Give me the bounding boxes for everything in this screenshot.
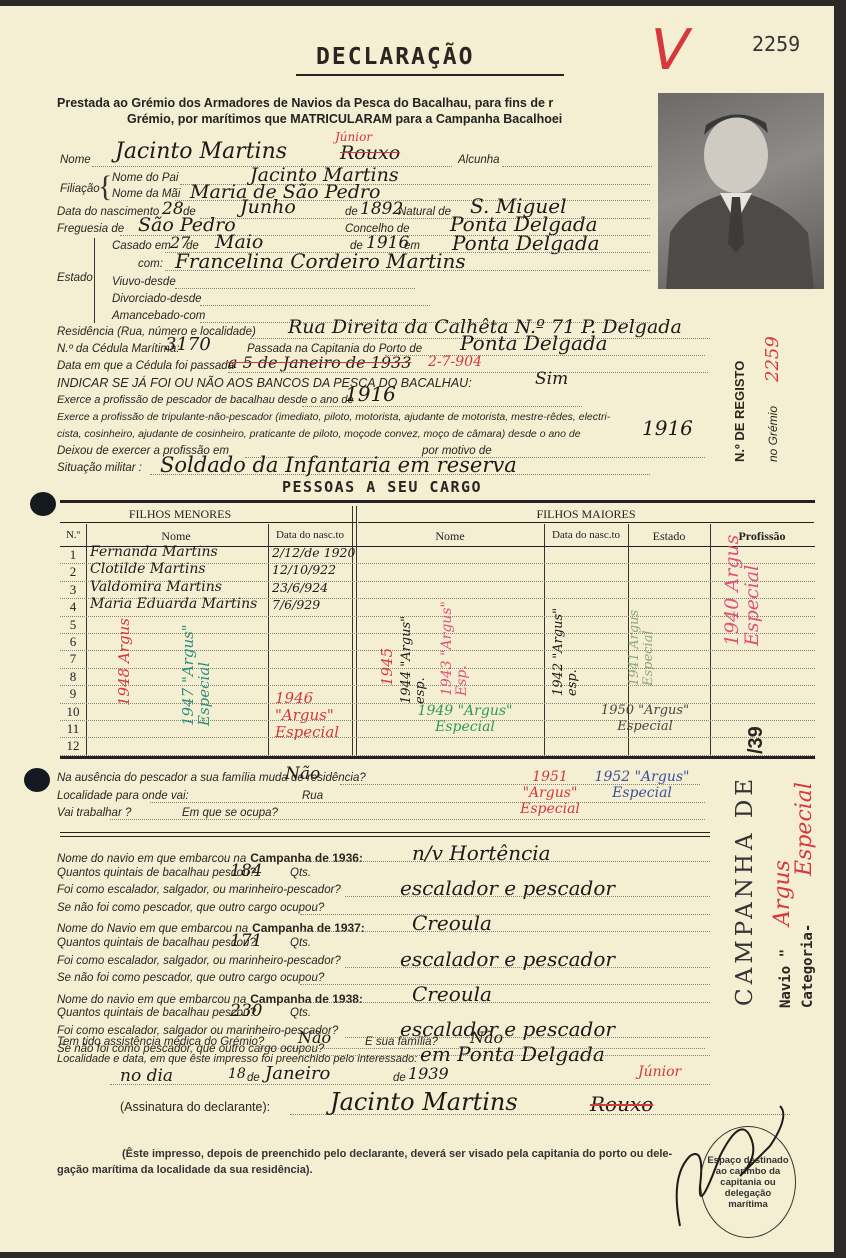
militar-label: Situação militar : <box>57 462 142 474</box>
annotation-1940: 1940 Argus Especial <box>722 526 762 646</box>
row-number: 3 <box>60 582 86 598</box>
outro-cargo-label: Se não foi como pescador, que outro carg… <box>57 902 324 914</box>
quintais-value: 184 <box>230 861 262 881</box>
funcao-label: Foi como escalador, salgador, ou marinhe… <box>57 955 341 967</box>
freguesia-label: Freguesia de <box>57 223 124 235</box>
punch-hole <box>24 768 50 792</box>
amancebado-label: Amancebado-com <box>112 310 205 322</box>
bancos-value: Sim <box>535 369 568 389</box>
data-cedula-label: Data em que a Cédula foi passada <box>57 360 234 372</box>
nome-value: Jacinto Martins <box>115 139 287 164</box>
pescador-desde-value: 1916 <box>345 382 396 406</box>
nascimento-mes: Junho <box>240 196 296 218</box>
child-name: Clotilde Martins <box>90 561 206 577</box>
no-dia: no dia <box>120 1066 173 1086</box>
child-birthdate: 12/10/922 <box>272 562 336 577</box>
title-underline <box>296 74 564 76</box>
campanha-year-label: Campanha de 1938: <box>250 992 363 1006</box>
trabalhar-label: Vai trabalhar ? <box>57 807 131 819</box>
de-label: de <box>345 206 358 218</box>
col-estado-header: Estado <box>628 529 710 544</box>
navio-side-label: Navio " <box>778 949 794 1008</box>
row-number: 12 <box>60 738 86 754</box>
nota-line-2: gação marítima da localidade da sua resi… <box>57 1164 313 1176</box>
mes-value: Janeiro <box>265 1063 330 1084</box>
cedula-value: 3170 <box>165 334 211 355</box>
nome-label: Nome <box>60 154 91 166</box>
annotation-1952: 1952 "Argus" Especial <box>592 769 692 801</box>
portrait-photo <box>658 93 824 289</box>
com-label: com: <box>138 258 163 270</box>
child-name: Valdomira Martins <box>90 579 222 595</box>
de-label: de <box>393 1072 406 1084</box>
row-number: 10 <box>60 704 86 720</box>
registo-label: N.º DE REGISTO <box>732 361 747 462</box>
row-number: 8 <box>60 669 86 685</box>
alcunha-label: Alcunha <box>458 154 500 166</box>
categoria-side-label: Categoria- <box>800 924 816 1008</box>
menores-title: FILHOS MENORES <box>60 507 300 522</box>
annotation-1944: 1944 "Argus" esp. <box>400 604 428 704</box>
checkmark: V <box>643 18 695 83</box>
pescador-desde-label: Exerce a profissão de pescador de bacalh… <box>57 394 354 406</box>
child-birthdate: 23/6/924 <box>272 580 328 595</box>
filiacao-label: Filiação <box>60 183 100 195</box>
row-number: 7 <box>60 651 86 667</box>
navio-row: Nome do Navio em que embarcou na Campanh… <box>57 919 365 937</box>
navio-label: Nome do navio em que embarcou na <box>57 853 246 865</box>
table-row: 7 <box>60 651 815 668</box>
table-row: 5 <box>60 617 815 634</box>
col-nome-header-maiores: Nome <box>358 529 542 544</box>
official-signature-icon <box>650 1096 800 1236</box>
cedula-label: N.º da Cédula Marítima: <box>57 343 179 355</box>
table-row: 4Maria Eduarda Martins7/6/929 <box>60 599 815 616</box>
divorciado-label: Divorciado-desde <box>112 293 202 305</box>
qts-label: Qts. <box>290 867 311 879</box>
nascimento-ano: 1892 <box>360 199 403 219</box>
col-data-header-maiores: Data do nasc.to <box>544 529 628 541</box>
outro-cargo-label: Se não foi como pescador, que outro carg… <box>57 972 324 984</box>
annotation-1947: 1947 "Argus" Especial <box>180 596 212 726</box>
navio-row: Nome do navio em que embarcou na Campanh… <box>57 990 363 1008</box>
militar-value: Soldado da Infantaria em reserva <box>160 453 517 477</box>
campanha-year-label: Campanha de 1937: <box>252 921 365 935</box>
nome-struck: Rouxo <box>340 142 400 164</box>
ano-value: 1939 <box>408 1064 449 1083</box>
localidade-label: Localidade para onde vai: <box>57 790 189 802</box>
table-row: 6 <box>60 634 815 651</box>
localidade-data-label: Localidade e data, em que êste impresso … <box>57 1053 417 1065</box>
data-cedula-correction: 2-7-904 <box>428 354 482 370</box>
bancos-label: INDICAR SE JÁ FOI OU NÃO AOS BANCOS DA P… <box>57 376 472 390</box>
nota-line-1: (Êste impresso, depois de preenchido pel… <box>122 1148 672 1160</box>
assinatura-label: (Assinatura do declarante): <box>120 1100 270 1114</box>
pai-label: Nome do Pai <box>112 172 178 184</box>
row-number: 4 <box>60 599 86 615</box>
annotation-1949: 1949 "Argus" Especial <box>400 703 530 735</box>
child-birthdate: 7/6/929 <box>272 597 320 612</box>
navio-label: Nome do navio em que embarcou na <box>57 994 246 1006</box>
navio-label: Nome do Navio em que embarcou na <box>57 923 248 935</box>
quintais-label: Quantos quintais de bacalhau pescou? <box>57 1007 256 1019</box>
annotation-1950: 1950 "Argus" Especial <box>590 703 700 735</box>
annotation-1945: 1945 <box>378 648 396 686</box>
intro-line-2: Grémio, por marítimos que MATRICULARAM p… <box>127 112 562 126</box>
de-label: de <box>247 1072 260 1084</box>
dependents-suffix: /39 <box>745 726 768 754</box>
annotation-1946: 1946 "Argus" Especial <box>275 690 355 741</box>
row-number: 6 <box>60 634 86 650</box>
tripulante-value: 1916 <box>642 416 693 440</box>
categoria-side-value: Especial <box>792 782 817 876</box>
natural-label: Natural de <box>398 206 451 218</box>
annotation-1948: 1948 Argus <box>115 618 133 706</box>
annotation-1943: 1943 "Argus" Esp. <box>440 596 470 696</box>
col-data-header: Data do nasc.to <box>268 529 352 541</box>
child-name: Maria Eduarda Martins <box>90 596 257 612</box>
declaration-form: DECLARAÇÃO V 2259 Prestada ao Grémio dos… <box>0 6 834 1252</box>
tripulante-label-2: cista, cosinheiro, ajudante de cosinheir… <box>57 428 581 440</box>
row-number: 11 <box>60 721 86 737</box>
casado-label: Casado em <box>112 240 171 252</box>
campanha-side-title: CAMPANHA DE <box>732 775 758 1006</box>
quintais-value: 230 <box>230 1001 262 1021</box>
table-row: 12 <box>60 738 815 755</box>
table-row: 8 <box>60 669 815 686</box>
table-row: 9 <box>60 686 815 703</box>
muda-value: Não <box>285 764 320 784</box>
qts-label: Qts. <box>290 1007 311 1019</box>
assinatura-struck: Rouxo <box>590 1092 653 1116</box>
dia-value: 18 <box>228 1066 246 1082</box>
annotation-1951: 1951 "Argus" Especial <box>505 769 595 817</box>
rua-label: Rua <box>302 790 323 802</box>
annotation-1942: 1942 "Argus" esp. <box>552 596 580 696</box>
capitania-value: Ponta Delgada <box>460 331 608 355</box>
row-number: 1 <box>60 547 86 563</box>
ocupa-label: Em que se ocupa? <box>182 807 278 819</box>
navio-row: Nome do navio em que embarcou na Campanh… <box>57 849 363 867</box>
child-birthdate: 2/12/de 1920 <box>272 545 355 560</box>
nome-correction: Júnior <box>335 130 372 144</box>
dependents-title: PESSOAS A SEU CARGO <box>282 478 482 496</box>
registo-sublabel: no Grémio <box>766 406 780 462</box>
quintais-label: Quantos quintais de bacalhau pescou? <box>57 867 256 879</box>
form-title: DECLARAÇÃO <box>316 44 474 70</box>
campanha-year-label: Campanha de 1936: <box>250 851 363 865</box>
maiores-title: FILHOS MAIORES <box>356 507 816 522</box>
assistencia-value: Não <box>298 1028 331 1047</box>
residencia-label: Residência (Rua, número e localidade) <box>57 326 256 338</box>
annotation-1941: 1941 Argus Especial <box>628 586 656 686</box>
col-num-header: N.º <box>60 529 86 541</box>
punch-hole <box>30 492 56 516</box>
col-nome-header: Nome <box>86 529 266 544</box>
qts-label: Qts. <box>290 937 311 949</box>
viuvo-label: Viuvo-desde <box>112 276 176 288</box>
estado-label: Estado <box>57 272 93 284</box>
quintais-value: 171 <box>230 931 262 951</box>
tripulante-label-1: Exerce a profissão de tripulante-não-pes… <box>57 411 610 423</box>
row-number: 2 <box>60 564 86 580</box>
row-number: 9 <box>60 686 86 702</box>
localidade-data-value: em Ponta Delgada <box>420 1042 605 1066</box>
quintais-label: Quantos quintais de bacalhau pescou? <box>57 937 256 949</box>
child-name: Fernanda Martins <box>90 544 218 560</box>
intro-line-1: Prestada ao Grémio dos Armadores de Navi… <box>57 96 553 110</box>
data-cedula-struck: a 5 de Janeiro de 1933 <box>228 353 411 372</box>
registry-number: 2259 <box>752 32 800 56</box>
signature-correction: Júnior <box>638 1064 681 1080</box>
registo-value: 2259 <box>762 336 783 382</box>
assistencia-label: Tem tido assistência médica do Grémio? <box>57 1036 264 1048</box>
portrait-figure-icon <box>658 93 824 289</box>
funcao-label: Foi como escalador, salgador, ou marinhe… <box>57 884 341 896</box>
assinatura-value: Jacinto Martins <box>330 1088 518 1116</box>
row-number: 5 <box>60 617 86 633</box>
